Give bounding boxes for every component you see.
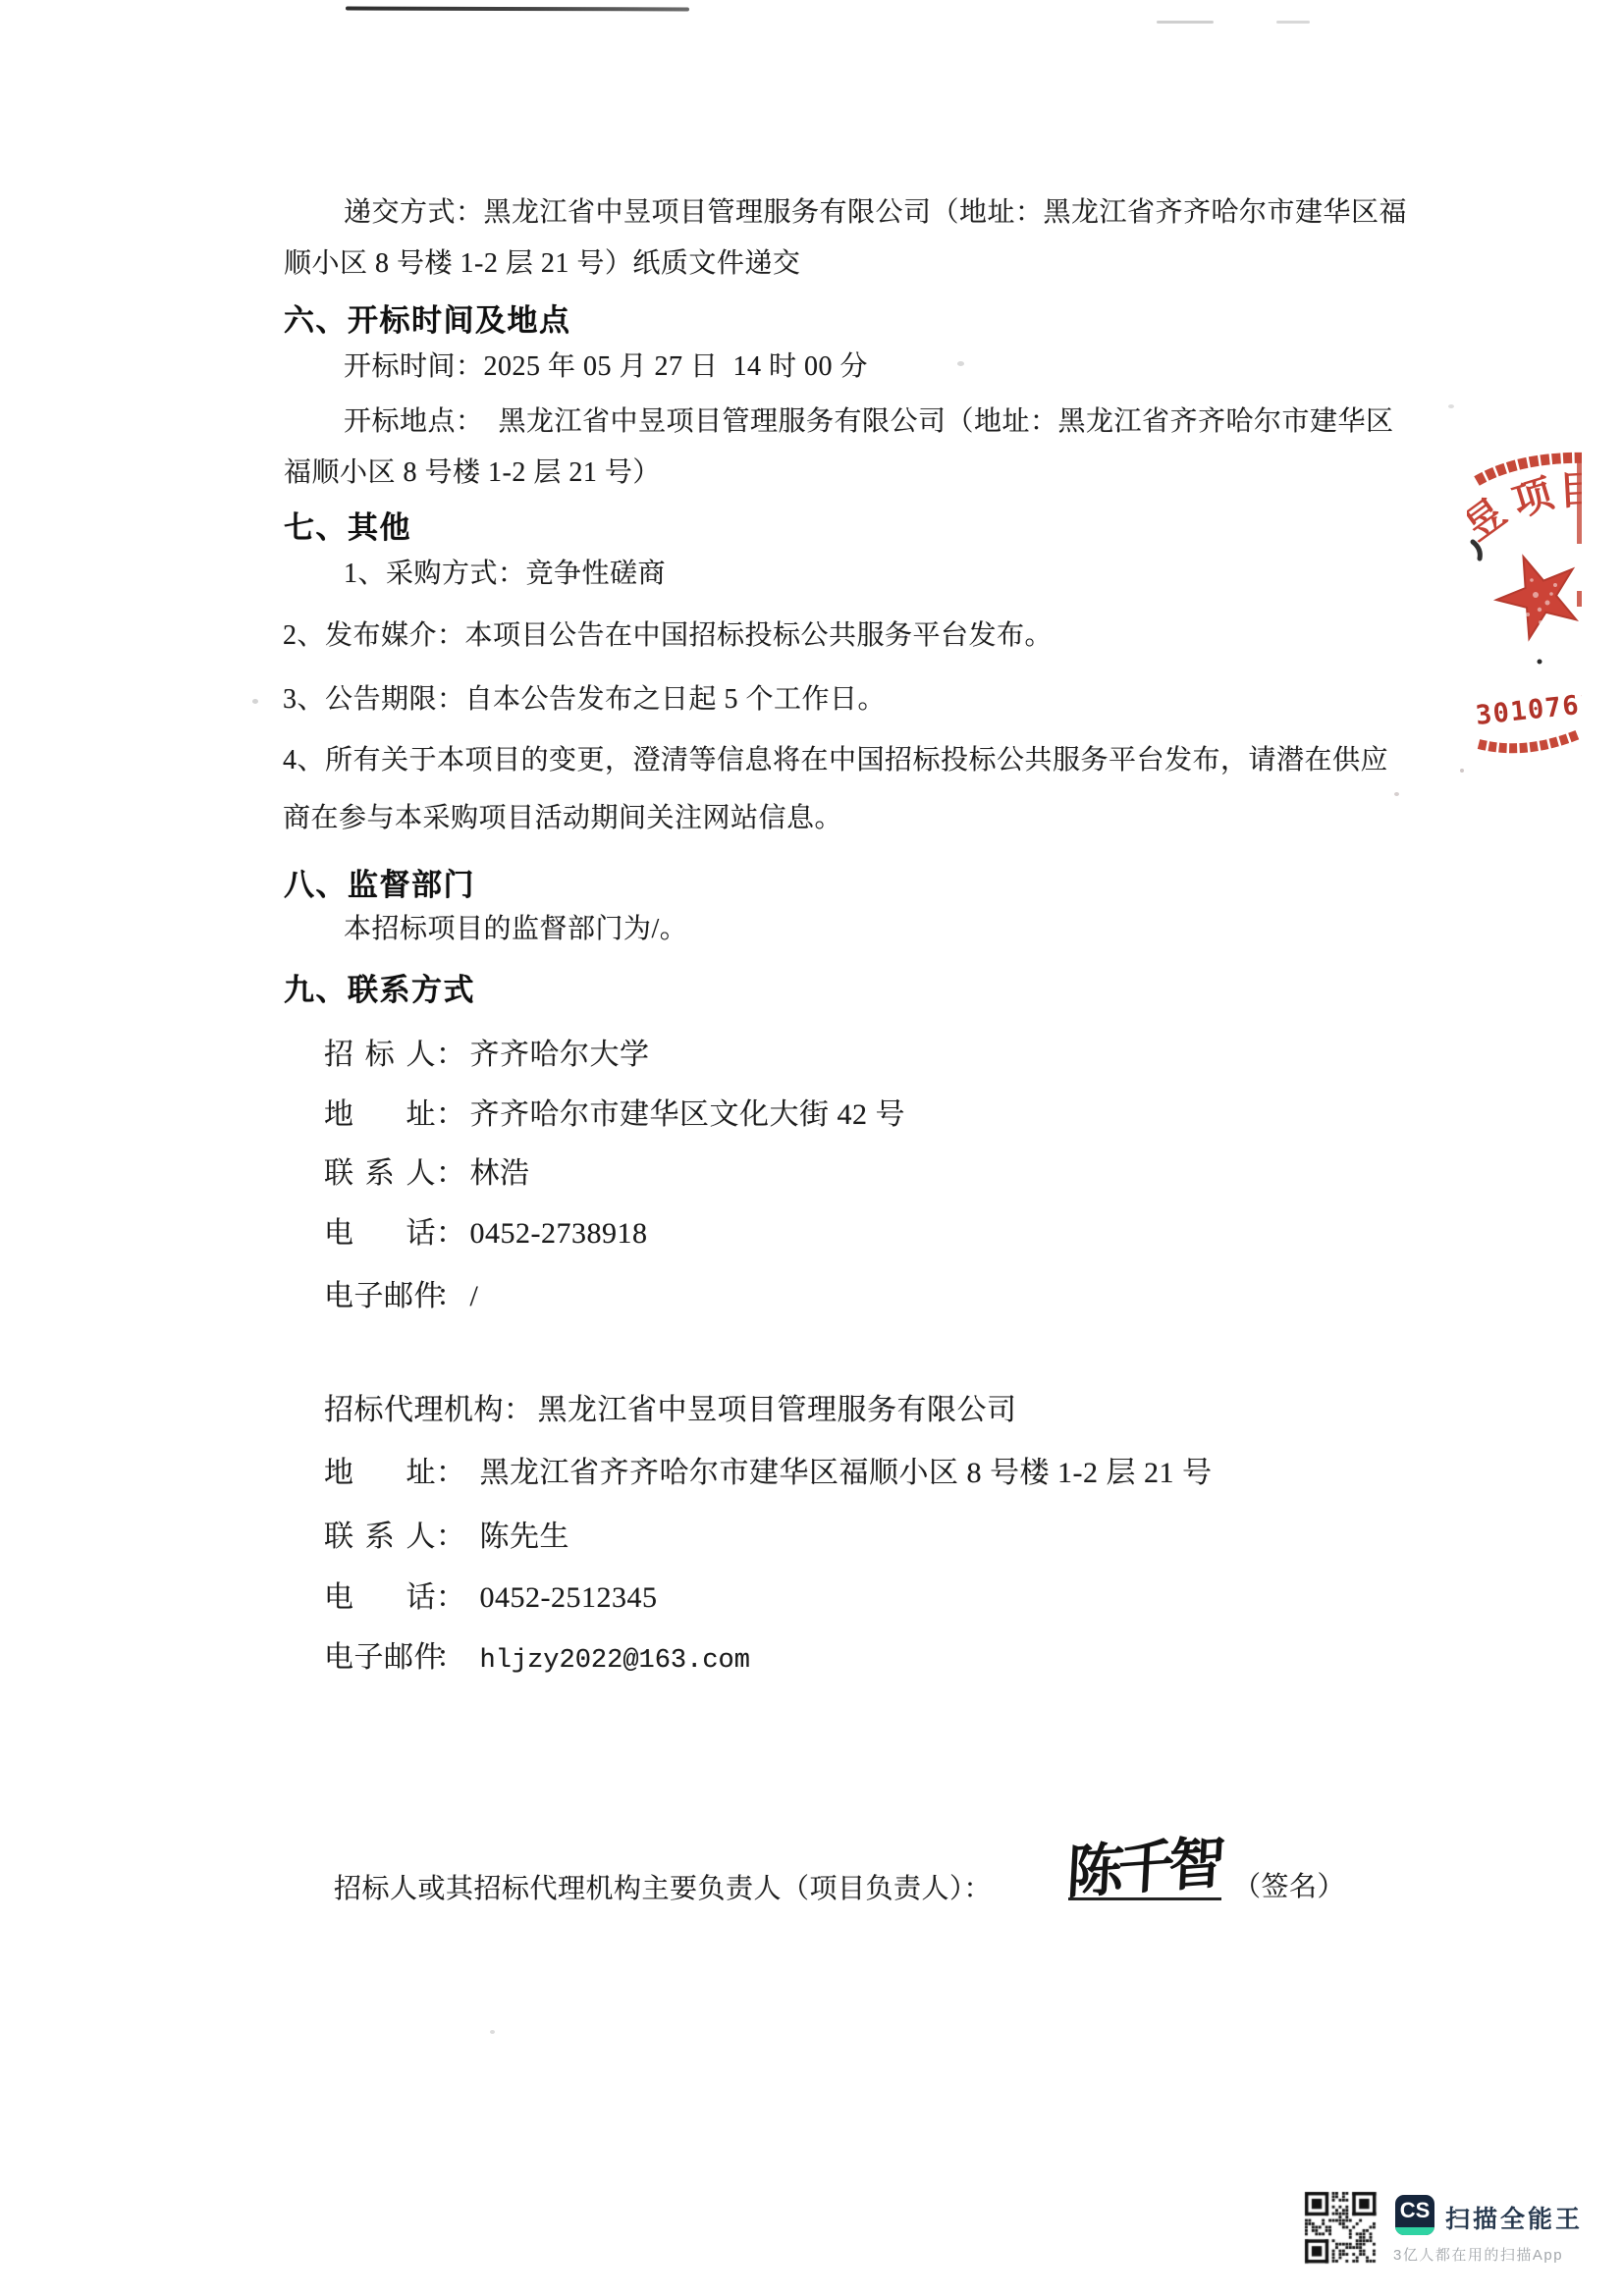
agency-phone-row: 电话：0452-2512345 (324, 1573, 658, 1616)
section7-heading: 七、其他 (284, 503, 411, 547)
contact-label: 招标人 (324, 1030, 436, 1073)
signature-suffix: （签名） (1233, 1871, 1345, 1904)
other-item-1: 1、采购方式：竞争性磋商 (344, 558, 666, 591)
agency-contact-row: 联系人：陈先生 (324, 1512, 569, 1555)
seal-star (1496, 557, 1576, 639)
scan-artifact-line (346, 7, 689, 12)
tenderer-address-row: 地址：齐齐哈尔市建华区文化大街 42 号 (324, 1090, 905, 1133)
agency-name-row: 招标代理机构：黑龙江省中昱项目管理服务有限公司 (324, 1385, 1017, 1428)
agency-address-row: 地址：黑龙江省齐齐哈尔市建华区福顺小区 8 号楼 1-2 层 21 号 (324, 1448, 1213, 1491)
contact-value: 林浩 (470, 1157, 530, 1190)
contact-value: 0452-2512345 (480, 1581, 658, 1614)
seal-clip-streak (1577, 591, 1582, 607)
bid-opening-place-line2: 福顺小区 8 号楼 1-2 层 21 号） (284, 456, 661, 490)
contact-colon: ： (436, 1217, 466, 1250)
signature-name-text: 陈千智 (1065, 1831, 1226, 1905)
contact-value: 黑龙江省齐齐哈尔市建华区福顺小区 8 号楼 1-2 层 21 号 (480, 1457, 1213, 1489)
other-item-2: 2、发布媒介：本项目公告在中国招标投标公共服务平台发布。 (283, 619, 1053, 653)
contact-label: 电子邮件 (324, 1632, 436, 1676)
scanned-document-page: 递交方式：黑龙江省中昱项目管理服务有限公司（地址：黑龙江省齐齐哈尔市建华区福 顺… (0, 0, 1623, 2296)
contact-value: 0452-2738918 (470, 1217, 648, 1250)
contact-colon: ： (436, 1521, 466, 1553)
scan-artifact-dash-1 (1157, 21, 1214, 24)
contact-colon: ： (436, 1039, 466, 1071)
contact-label: 电子邮件 (324, 1271, 436, 1314)
scan-artifact-dash-2 (1276, 21, 1310, 24)
contact-colon: ： (436, 1098, 466, 1131)
contact-value: 陈先生 (480, 1521, 570, 1553)
supervision-body: 本招标项目的监督部门为/。 (344, 913, 687, 946)
contact-value: hljzy2022@163.com (480, 1646, 750, 1676)
seal-clip-streak (1577, 457, 1582, 544)
camscanner-logo-text: CS (1395, 2198, 1434, 2223)
contact-label: 地址 (324, 1448, 436, 1491)
contact-label: 电话 (324, 1208, 436, 1252)
red-seal-stamp: 昱 项 目 3010761 (1467, 448, 1582, 764)
contact-value: 齐齐哈尔市建华区文化大街 42 号 (470, 1098, 906, 1131)
tenderer-name-row: 招标人：齐齐哈尔大学 (324, 1030, 650, 1073)
seal-arc-char: 项 (1508, 472, 1559, 525)
camscanner-logo: CS (1395, 2195, 1434, 2235)
contact-value: 齐齐哈尔大学 (470, 1039, 650, 1071)
qr-code (1303, 2190, 1378, 2265)
submission-method-line1: 递交方式：黑龙江省中昱项目管理服务有限公司（地址：黑龙江省齐齐哈尔市建华区福 (344, 196, 1407, 230)
bid-opening-time: 开标时间：2025 年 05 月 27 日 14 时 00 分 (344, 350, 868, 384)
contact-colon: ： (436, 1581, 466, 1614)
agency-email-row: 电子邮件：hljzy2022@163.com (324, 1632, 750, 1676)
signature-prefix: 招标人或其招标代理机构主要负责人（项目负责人）： (334, 1873, 992, 1906)
scan-speck (490, 2030, 495, 2034)
tenderer-phone-row: 电话：0452-2738918 (324, 1208, 648, 1252)
contact-colon: ： (436, 1157, 466, 1190)
handwritten-signature: 陈千智 (1062, 1822, 1239, 1910)
contact-colon: ： (436, 1457, 466, 1489)
scan-speck (1394, 792, 1399, 796)
scan-speck (1448, 404, 1454, 408)
other-item-3: 3、公告期限：自本公告发布之日起 5 个工作日。 (283, 683, 886, 717)
section8-heading: 八、监督部门 (284, 860, 475, 904)
bid-opening-place-line1: 开标地点： 黑龙江省中昱项目管理服务有限公司（地址：黑龙江省齐齐哈尔市建华区 (344, 405, 1394, 439)
other-item-4-line2: 商在参与本采购项目活动期间关注网站信息。 (283, 802, 842, 835)
scan-speck (252, 699, 258, 704)
scan-speck (957, 361, 964, 366)
contact-label: 联系人 (324, 1148, 436, 1192)
contact-value: / (470, 1280, 479, 1312)
ink-dot (1538, 660, 1542, 665)
contact-label: 电话 (324, 1573, 436, 1616)
contact-colon: ： (436, 1280, 466, 1312)
section6-heading: 六、开标时间及地点 (284, 295, 571, 340)
contact-value: 黑龙江省中昱项目管理服务有限公司 (538, 1394, 1017, 1426)
other-item-4-line1: 4、所有关于本项目的变更，澄清等信息将在中国招标投标公共服务平台发布，请潜在供应 (283, 744, 1388, 777)
seal-number: 3010761 (1474, 688, 1582, 731)
contact-label: 联系人 (324, 1512, 436, 1555)
tenderer-contact-row: 联系人：林浩 (324, 1148, 530, 1192)
contact-label: 招标代理机构 (324, 1394, 504, 1426)
contact-colon: ： (436, 1641, 466, 1674)
scan-speck (1460, 769, 1464, 773)
camscanner-tagline: 3亿人都在用的扫描App (1393, 2244, 1563, 2265)
seal-outer-arc-bottom (1479, 734, 1579, 748)
camscanner-logo-accent-bar (1395, 2227, 1434, 2235)
section9-heading: 九、联系方式 (284, 965, 475, 1009)
contact-colon: ： (504, 1394, 534, 1426)
contact-label: 地址 (324, 1090, 436, 1133)
submission-method-line2: 顺小区 8 号楼 1-2 层 21 号）纸质文件递交 (284, 247, 800, 281)
camscanner-brand-text: 扫描全能王 (1445, 2200, 1583, 2235)
tenderer-email-row: 电子邮件：/ (324, 1271, 478, 1314)
